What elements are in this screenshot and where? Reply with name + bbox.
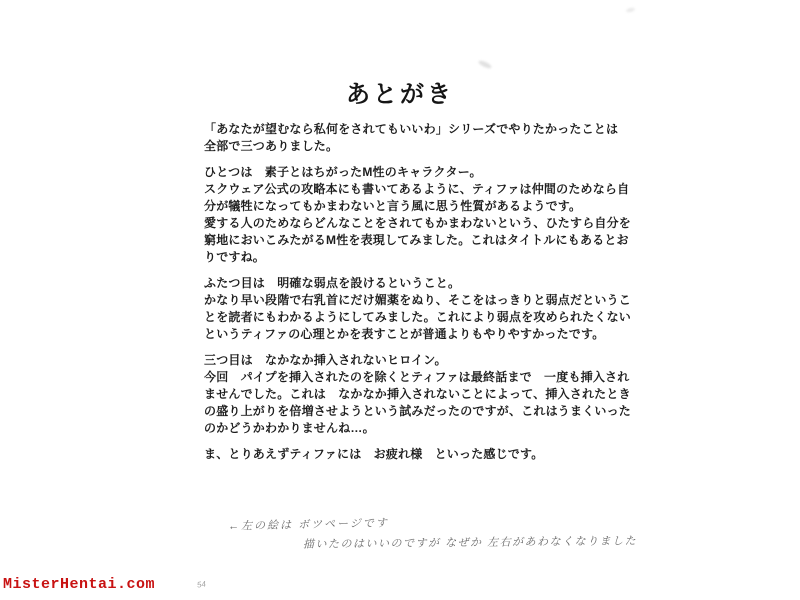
text-line: 全部で三つありました。	[204, 138, 618, 155]
text-line: の盛り上がりを倍増させようという試みだったのですが、これはうまくいった	[204, 403, 618, 420]
text-line: ふたつ目は 明確な弱点を設けるということ。	[204, 275, 618, 292]
text-line: ひとつは 素子とはちがったM性のキャラクター。	[204, 164, 618, 181]
paragraph: ひとつは 素子とはちがったM性のキャラクター。スクウェア公式の攻略本にも書いてあ…	[204, 164, 618, 266]
text-line: 「あなたが望むなら私何をされてもいいわ」シリーズでやりたかったことは	[204, 121, 618, 138]
text-line: ませんでした。これは なかなか挿入されないことによって、挿入されたとき	[204, 386, 618, 403]
text-line: とを読者にもわかるようにしてみました。これにより弱点を攻められたくない	[204, 309, 618, 326]
text-line: 分が犠牲になってもかまわないと言う風に思う性質があるようです。	[204, 198, 618, 215]
scan-smudge	[478, 59, 493, 69]
paragraph: 三つ目は なかなか挿入されないヒロイン。今回 パイプを挿入されたのを除くとティフ…	[204, 352, 618, 437]
text-line: スクウェア公式の攻略本にも書いてあるように、ティファは仲間のためなら自	[204, 181, 618, 198]
scan-smudge	[626, 7, 636, 13]
text-line: りですね。	[204, 249, 618, 266]
paragraph: ふたつ目は 明確な弱点を設けるということ。かなり早い段階で右乳首にだけ媚薬をぬり…	[204, 275, 618, 343]
page-number-mark: 54	[196, 579, 206, 589]
page-title: あとがき	[0, 74, 800, 109]
paragraph: 「あなたが望むなら私何をされてもいいわ」シリーズでやりたかったことは全部で三つあ…	[204, 121, 618, 155]
text-line: 今回 パイプを挿入されたのを除くとティファは最終話まで 一度も挿入され	[204, 369, 618, 386]
text-line: 三つ目は なかなか挿入されないヒロイン。	[204, 352, 618, 369]
watermark: MisterHentai.com	[3, 576, 155, 593]
text-line: かなり早い段階で右乳首にだけ媚薬をぬり、そこをはっきりと弱点だというこ	[204, 292, 618, 309]
scanned-afterword-page: あとがき 「あなたが望むなら私何をされてもいいわ」シリーズでやりたかったことは全…	[0, 0, 800, 600]
paragraph: ま、とりあえずティファには お疲れ様 といった感じです。	[204, 446, 618, 463]
text-line: ま、とりあえずティファには お疲れ様 といった感じです。	[204, 446, 618, 463]
afterword-body-text: 「あなたが望むなら私何をされてもいいわ」シリーズでやりたかったことは全部で三つあ…	[204, 121, 618, 472]
text-line: 窮地においこみたがるM性を表現してみました。これはタイトルにもあるとお	[204, 232, 618, 249]
handwritten-note-line-1: ←左の絵は ボツページです	[228, 514, 389, 533]
text-line: のかどうかわかりませんね…。	[204, 420, 618, 437]
text-line: というティファの心理とかを表すことが普通よりもやりやすかったです。	[204, 326, 618, 343]
handwritten-note-line-2: 描いたのはいいのですが なぜか 左右があわなくなりました	[303, 532, 637, 551]
text-line: 愛する人のためならどんなことをされてもかまわないという、ひたすら自分を	[204, 215, 618, 232]
